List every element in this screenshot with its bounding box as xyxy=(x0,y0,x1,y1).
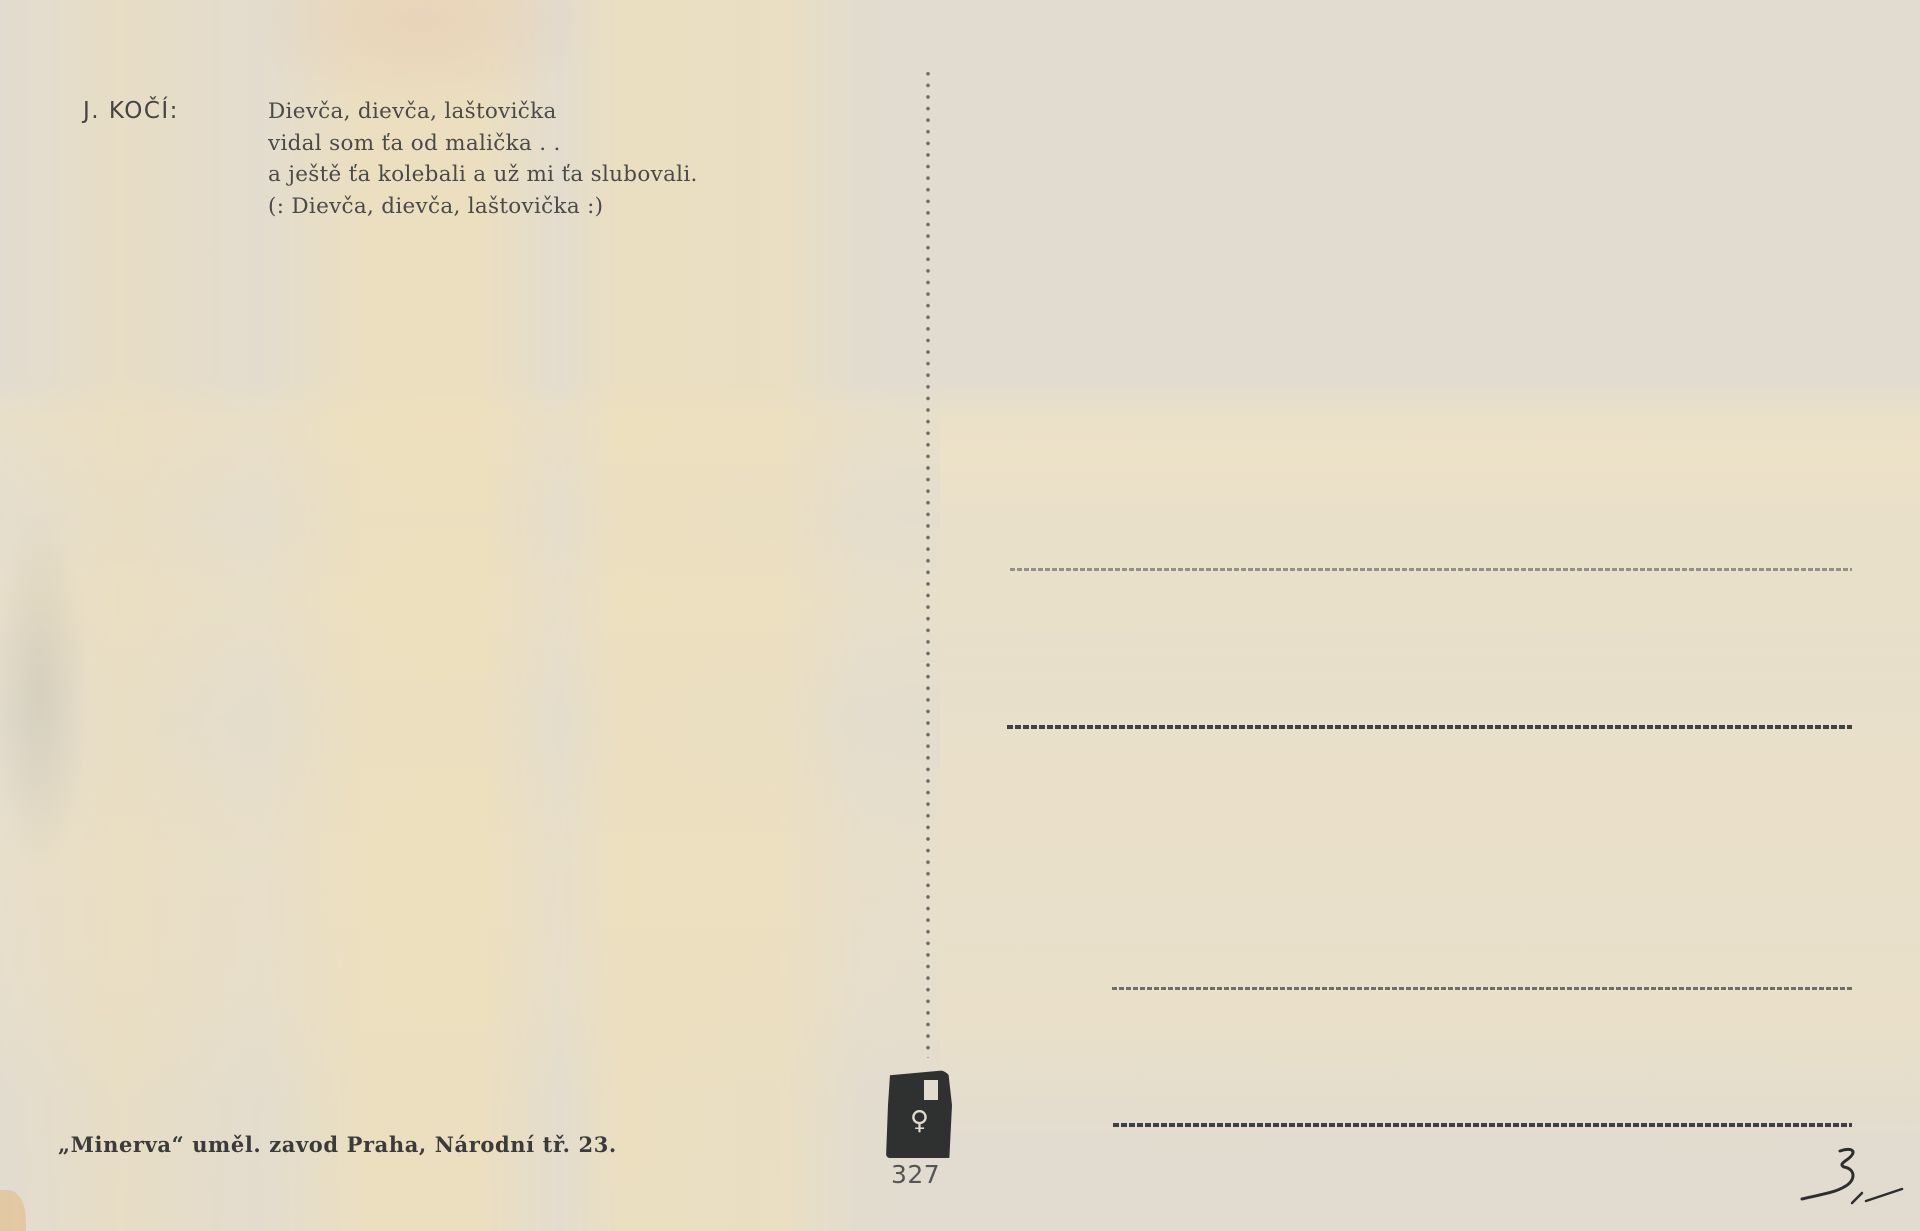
lyrics-author: J. KOČÍ: xyxy=(83,96,268,222)
lyrics-line: vidal som ťa od malička . . xyxy=(268,128,698,160)
address-line-3 xyxy=(1112,987,1852,990)
lyrics-line: a ještě ťa kolebali a už mi ťa slubovali… xyxy=(268,159,698,191)
postcard-back: J. KOČÍ: Dievča, dievča, laštovička vida… xyxy=(0,0,1920,1231)
paper-stain xyxy=(940,380,1920,1140)
publisher-caption: „Minerva“ uměl. zavod Praha, Národní tř.… xyxy=(58,1132,617,1157)
handwritten-annotation: 3,- xyxy=(1800,1145,1905,1210)
dotted-divider xyxy=(926,68,930,1058)
publisher-logo-icon: ♀ xyxy=(886,1070,952,1158)
lyrics-line: Dievča, dievča, laštovička xyxy=(268,96,698,128)
address-line-2 xyxy=(1007,725,1852,729)
lyrics-line: (: Dievča, dievča, laštovička :) xyxy=(268,191,698,223)
lyrics-verse: Dievča, dievča, laštovička vidal som ťa … xyxy=(268,96,698,222)
address-line-1 xyxy=(1010,568,1852,571)
song-lyrics: J. KOČÍ: Dievča, dievča, laštovička vida… xyxy=(83,96,698,222)
corner-wear xyxy=(0,1190,26,1231)
address-line-4 xyxy=(1113,1123,1852,1127)
series-number: 327 xyxy=(891,1160,940,1189)
